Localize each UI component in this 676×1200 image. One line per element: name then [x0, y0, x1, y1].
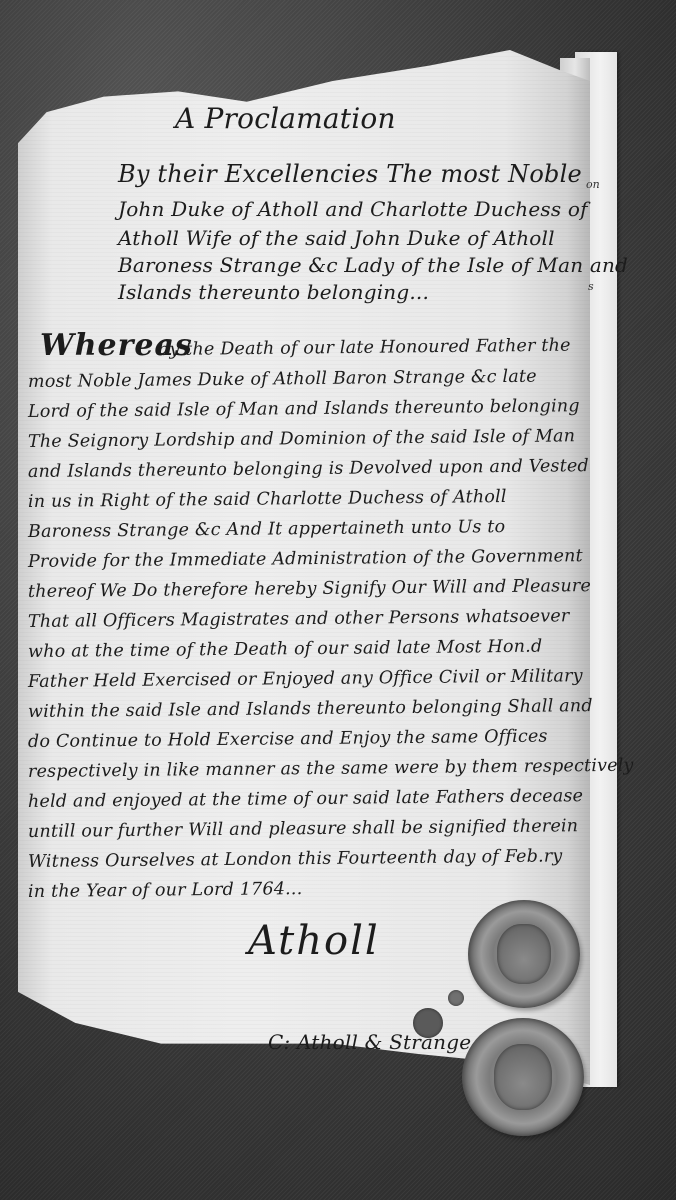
- header-line: Islands thereunto belonging...: [118, 280, 429, 304]
- wax-drop: [413, 1008, 443, 1038]
- margin-fragment: s: [588, 280, 594, 293]
- wax-seal-icon: [468, 900, 580, 1008]
- signature-charlotte-atholl-strange: C: Atholl & Strange: [268, 1030, 471, 1054]
- wax-seal-icon: [462, 1018, 584, 1136]
- margin-fragment: on: [586, 178, 600, 191]
- header-line: Baroness Strange &c Lady of the Isle of …: [118, 253, 628, 277]
- body-line: in the Year of our Lord 1764...: [28, 879, 303, 902]
- wax-drop: [448, 990, 464, 1006]
- header-line: John Duke of Atholl and Charlotte Duches…: [118, 197, 588, 221]
- header-line: By their Excellencies The most Noble: [118, 160, 582, 188]
- signature-atholl: Atholl: [248, 918, 380, 964]
- header-line: Atholl Wife of the said John Duke of Ath…: [118, 226, 555, 250]
- proclamation-title: A Proclamation: [175, 102, 396, 135]
